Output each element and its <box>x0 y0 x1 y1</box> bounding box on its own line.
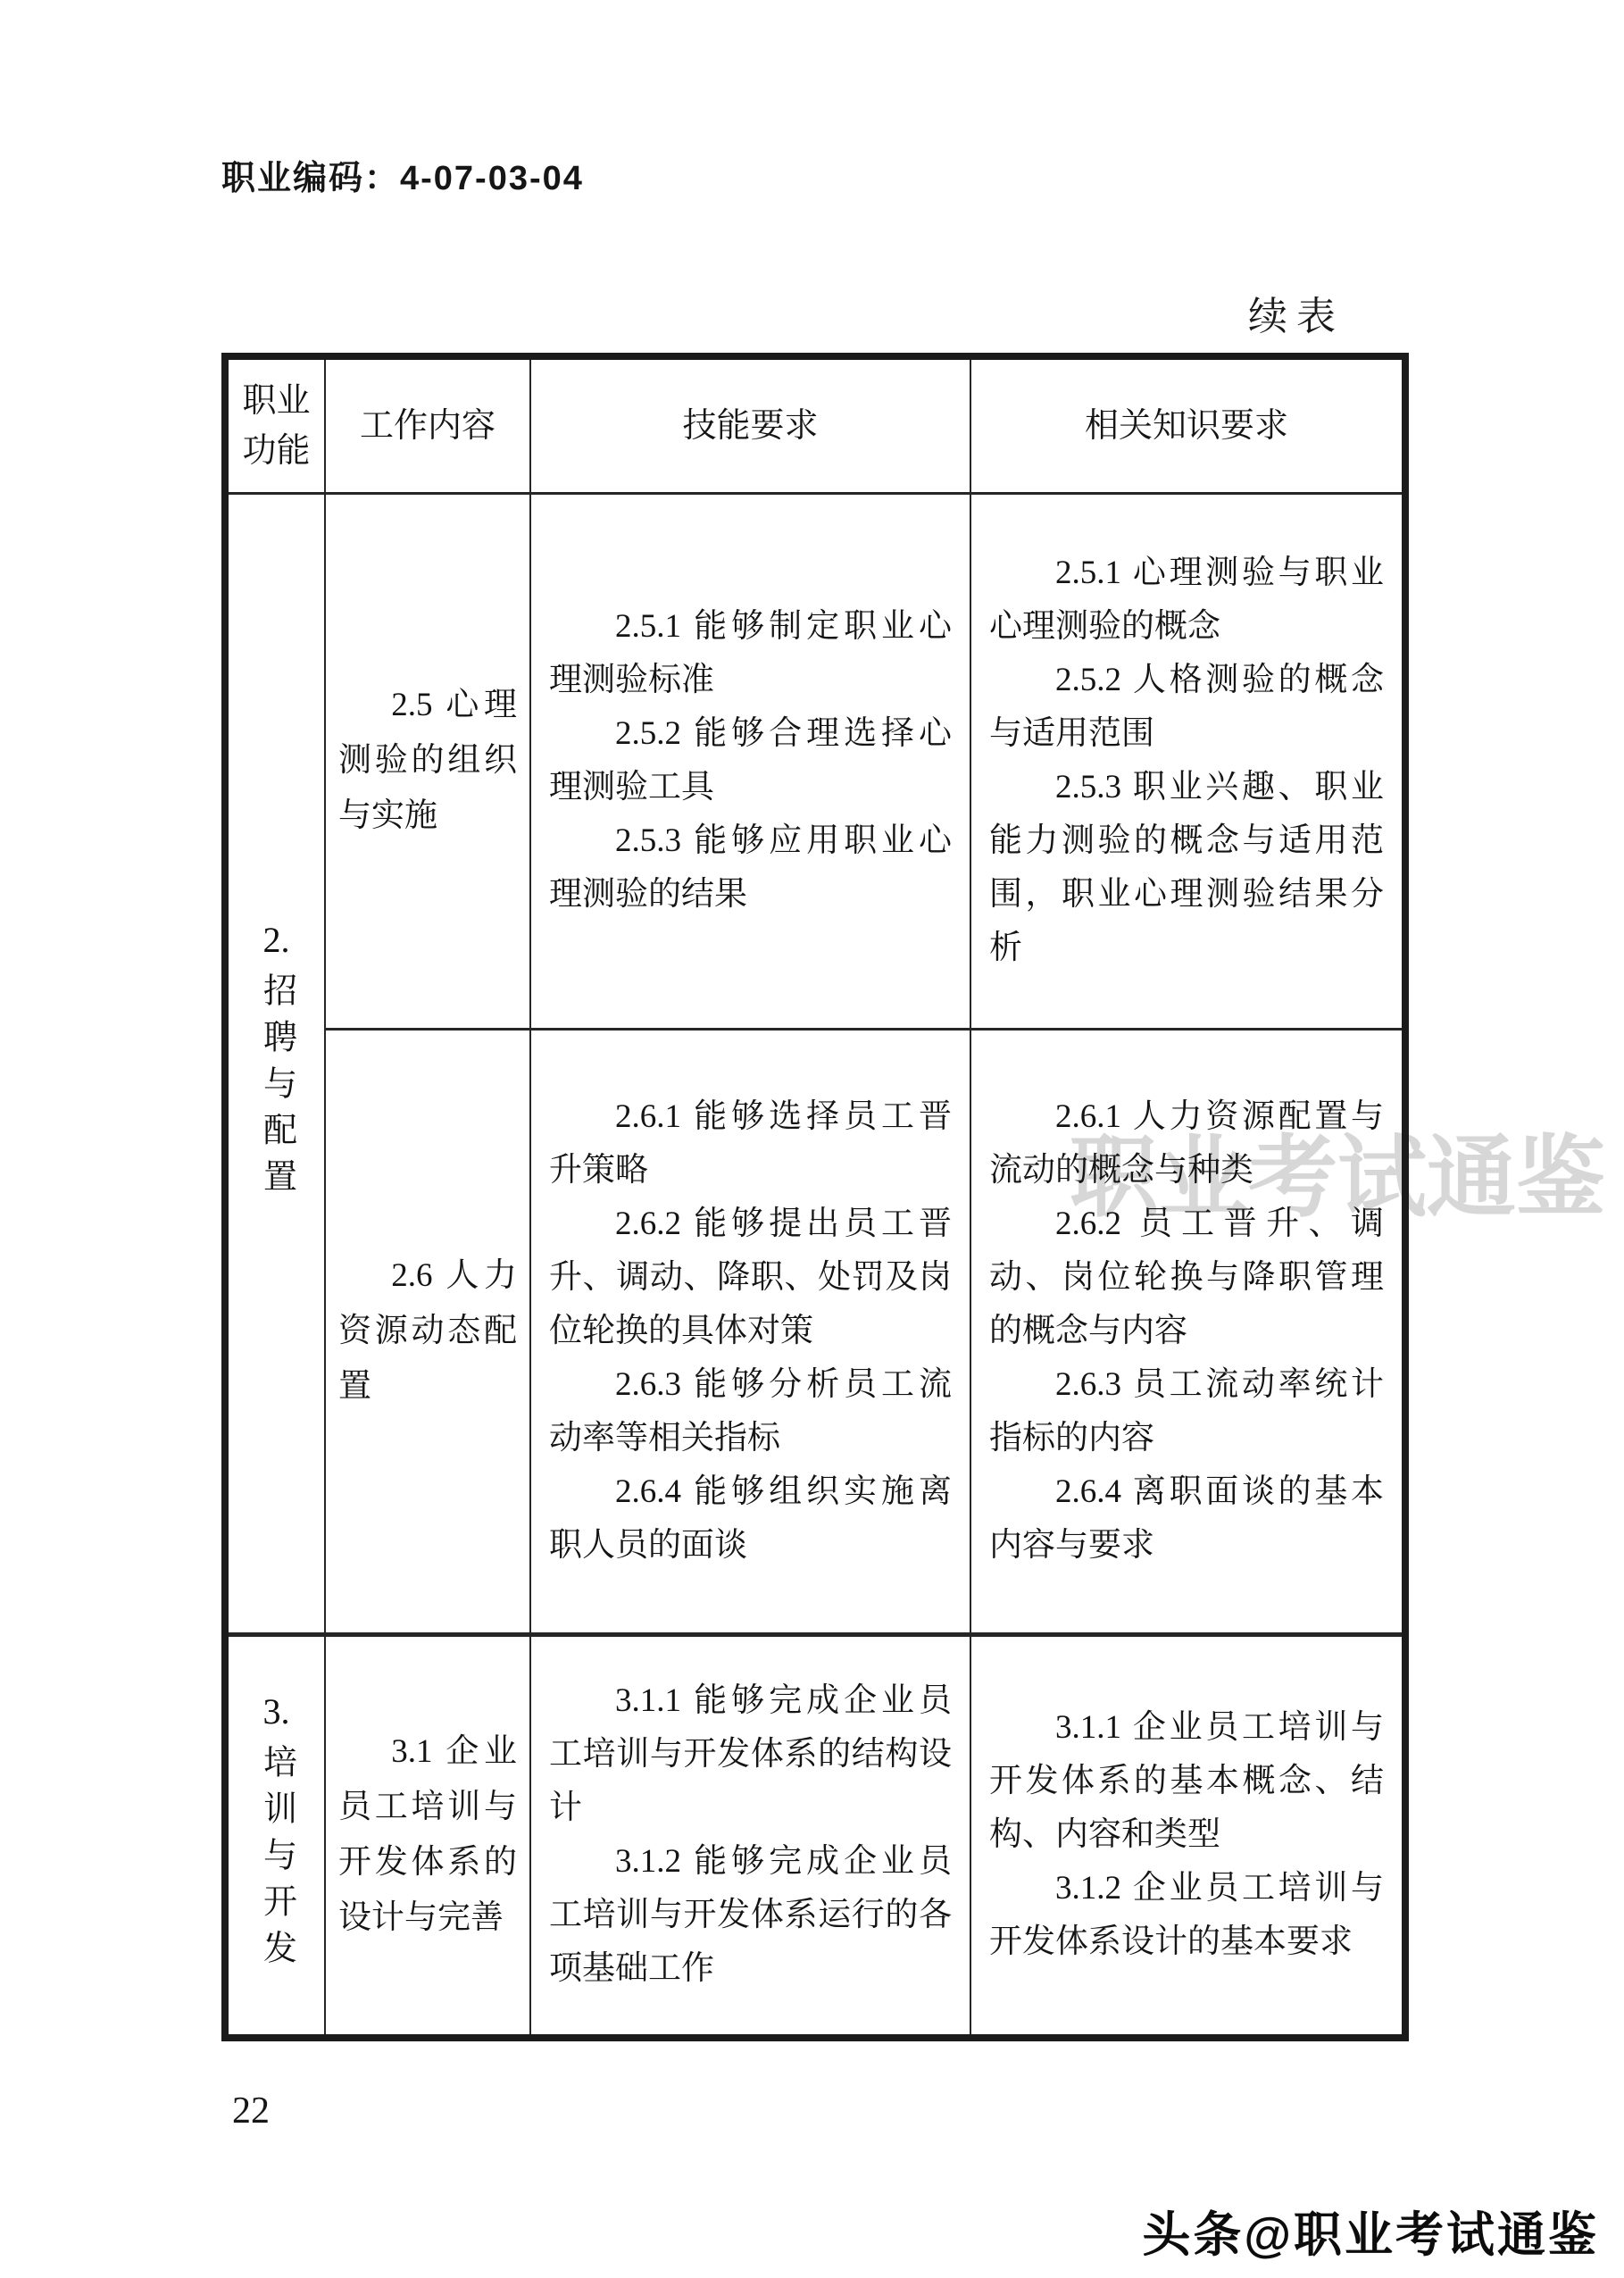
continued-table-label: 续表 <box>1248 284 1345 341</box>
skill-item: 3.1.2 能够完成企业员工培训与开发体系运行的各项基础工作 <box>549 1835 952 1996</box>
skill-item: 2.5.3 能够应用职业心理测验的结果 <box>549 814 952 922</box>
function-name-vertical: 招聘与配置 <box>255 972 298 1205</box>
work-content-text: 2.5 心理测验的组织与实施 <box>338 678 517 844</box>
skills-cell: 2.5.1 能够制定职业心理测验标准 2.5.2 能够合理选择心理测验工具 2.… <box>530 493 970 1029</box>
function-cell-training: 3. 培训与开发 <box>225 1634 325 2038</box>
work-content-text: 3.1 企业员工培训与开发体系的设计与完善 <box>338 1724 517 1946</box>
skill-item: 2.6.4 能够组织实施离职人员的面谈 <box>549 1465 952 1573</box>
knowledge-item: 2.5.2 人格测验的概念与适用范围 <box>989 654 1384 761</box>
work-content-text: 2.6 人力资源动态配置 <box>338 1248 517 1414</box>
column-header-work-content: 工作内容 <box>325 356 530 493</box>
skill-item: 2.5.2 能够合理选择心理测验工具 <box>549 707 952 814</box>
occupation-code: 职业编码：4-07-03-04 <box>221 150 584 199</box>
knowledge-cell: 2.5.1 心理测验与职业心理测验的概念 2.5.2 人格测验的概念与适用范围 … <box>970 493 1405 1029</box>
knowledge-item: 3.1.2 企业员工培训与开发体系设计的基本要求 <box>989 1862 1384 1969</box>
knowledge-item: 2.5.1 心理测验与职业心理测验的概念 <box>989 547 1384 654</box>
knowledge-cell: 2.6.1 人力资源配置与流动的概念与种类 2.6.2 员工晋升、调动、岗位轮换… <box>970 1029 1405 1634</box>
knowledge-item: 2.6.3 员工流动率统计指标的内容 <box>989 1358 1384 1465</box>
function-label: 2. 招聘与配置 <box>229 922 323 1205</box>
footer-watermark: 头条@职业考试通鉴 <box>1142 2197 1599 2265</box>
skill-item: 2.5.1 能够制定职业心理测验标准 <box>549 600 952 707</box>
knowledge-item: 2.6.4 离职面谈的基本内容与要求 <box>989 1465 1384 1573</box>
skill-item: 2.6.3 能够分析员工流动率等相关指标 <box>549 1358 952 1465</box>
function-label: 3. 培训与开发 <box>229 1694 323 1976</box>
skill-item: 2.6.2 能够提出员工晋升、调动、降职、处罚及岗位轮换的具体对策 <box>549 1197 952 1358</box>
table-row: 3. 培训与开发 3.1 企业员工培训与开发体系的设计与完善 3.1.1 能够完… <box>225 1634 1405 2038</box>
column-header-function: 职业功能 <box>225 356 325 493</box>
knowledge-item: 2.6.2 员工晋升、调动、岗位轮换与降职管理的概念与内容 <box>989 1197 1384 1358</box>
knowledge-item: 2.5.3 职业兴趣、职业能力测验的概念与适用范围，职业心理测验结果分析 <box>989 761 1384 975</box>
skills-cell: 2.6.1 能够选择员工晋升策略 2.6.2 能够提出员工晋升、调动、降职、处罚… <box>530 1029 970 1634</box>
knowledge-cell: 3.1.1 企业员工培训与开发体系的基本概念、结构、内容和类型 3.1.2 企业… <box>970 1634 1405 2038</box>
function-number: 2. <box>263 922 290 958</box>
column-header-skill-requirements: 技能要求 <box>530 356 970 493</box>
work-content-cell: 3.1 企业员工培训与开发体系的设计与完善 <box>325 1634 530 2038</box>
work-content-cell: 2.5 心理测验的组织与实施 <box>325 493 530 1029</box>
work-content-cell: 2.6 人力资源动态配置 <box>325 1029 530 1634</box>
scanned-document-page: 职业编码：4-07-03-04 续表 职业考试通鉴 职业功能 工作内容 技能要求… <box>0 0 1624 2278</box>
knowledge-item: 2.6.1 人力资源配置与流动的概念与种类 <box>989 1090 1384 1197</box>
skills-cell: 3.1.1 能够完成企业员工培训与开发体系的结构设计 3.1.2 能够完成企业员… <box>530 1634 970 2038</box>
page-number: 22 <box>232 2090 270 2132</box>
skill-item: 3.1.1 能够完成企业员工培训与开发体系的结构设计 <box>549 1674 952 1835</box>
skill-item: 2.6.1 能够选择员工晋升策略 <box>549 1090 952 1197</box>
table-header-row: 职业功能 工作内容 技能要求 相关知识要求 <box>225 356 1405 493</box>
column-header-knowledge-requirements: 相关知识要求 <box>970 356 1405 493</box>
function-cell-recruitment: 2. 招聘与配置 <box>225 493 325 1634</box>
table-row: 2.6 人力资源动态配置 2.6.1 能够选择员工晋升策略 2.6.2 能够提出… <box>225 1029 1405 1634</box>
function-name-vertical: 培训与开发 <box>255 1744 298 1976</box>
knowledge-item: 3.1.1 企业员工培训与开发体系的基本概念、结构、内容和类型 <box>989 1701 1384 1862</box>
table-row: 2. 招聘与配置 2.5 心理测验的组织与实施 2.5.1 能够制定职业心理测验… <box>225 493 1405 1029</box>
occupational-standard-table: 职业功能 工作内容 技能要求 相关知识要求 2. 招聘与配置 2.5 心理测验的… <box>221 353 1409 2041</box>
function-number: 3. <box>263 1694 290 1730</box>
